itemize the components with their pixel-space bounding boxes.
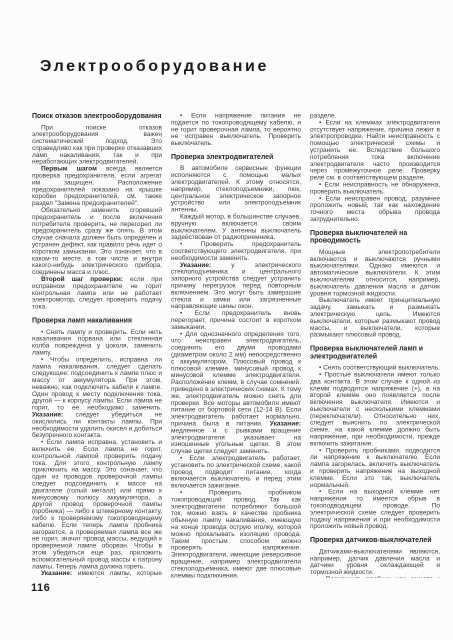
paragraph: Выключатель имеет принципиальную задачу,… bbox=[310, 297, 440, 338]
text-run: Простые выключатели имеют только два кон… bbox=[310, 370, 440, 446]
text-run: Проверка выключателей на проводимость bbox=[310, 228, 407, 244]
section-heading: Проверка выключателей на проводимость bbox=[310, 229, 440, 245]
column-right-content: разделе.• Если на клеммах электродвигате… bbox=[310, 112, 440, 578]
bullet-item: • Если на выходной клемме нет напряжения… bbox=[310, 488, 440, 529]
text-run: Каждый мотор, в большинстве случаев, вру… bbox=[171, 213, 301, 241]
text-run: Подключить пробник или омметр к клеммам … bbox=[310, 575, 440, 578]
paragraph: Обязательно заменить сгоревший предохран… bbox=[32, 207, 162, 276]
text-run: Проверка выключателей ламп и электродвиг… bbox=[310, 344, 423, 360]
paragraph: Второй шаг проверки: если при исправном … bbox=[32, 276, 162, 310]
text-run: Проверить пробником токопроводящий прово… bbox=[171, 488, 301, 578]
bullet-item: • Чтобы определить, исправна ли лампа на… bbox=[32, 356, 162, 439]
column-middle: • Если напряжение питания не подается по… bbox=[171, 112, 301, 578]
paragraph: При поиске отказов электрооборудования в… bbox=[32, 124, 162, 165]
bullet-item: • Проверить пробником токопроводящий про… bbox=[171, 489, 301, 578]
text-run: Обязательно заменить сгоревший предохран… bbox=[32, 206, 162, 276]
text-run: Чтобы определить, исправна ли лампа нака… bbox=[32, 355, 162, 411]
text-run: Проверка датчиков-выключателей bbox=[310, 536, 432, 544]
bullet-item: • Проверить пробниками, подводится ли на… bbox=[310, 447, 440, 488]
text-run: При поиске отказов электрооборудования в… bbox=[32, 123, 162, 165]
text-run: у электрического стеклоподъемника и цент… bbox=[171, 261, 301, 310]
paragraph: Каждый мотор, в большинстве случаев, вру… bbox=[171, 213, 301, 241]
bullet-item: • Снять лампу и проверить. Если нить нак… bbox=[32, 328, 162, 356]
text-run: Если электродвигатель работает, установи… bbox=[171, 454, 301, 489]
text-run: Проверить пробниками, подводится ли напр… bbox=[310, 446, 440, 488]
bullet-item: • Если неисправность не обнаружена, пров… bbox=[310, 181, 440, 195]
bullet-item: • Для однозначного определения того, что… bbox=[171, 330, 301, 454]
section-heading: Проверка ламп накаливания bbox=[32, 317, 162, 325]
text-run: В автомобиле сервисные функции исполняют… bbox=[171, 164, 301, 213]
text-run: Для однозначного определения того, что н… bbox=[171, 330, 301, 427]
text-run: Снять лампу и проверить. Если нить накал… bbox=[32, 328, 162, 356]
text-run: Выключатель имеет принципиальную задачу,… bbox=[310, 296, 440, 338]
bullet-item: • Если предохранитель вновь перегорает, … bbox=[171, 310, 301, 331]
page-number: 116 bbox=[31, 582, 50, 594]
text-run: Проверка ламп накаливания bbox=[32, 316, 132, 324]
column-left: Поиск отказов электрооборудованияПри пои… bbox=[32, 112, 162, 578]
column-left-content: Поиск отказов электрооборудованияПри пои… bbox=[32, 112, 162, 578]
text-run: Если на клеммах электродвигателя отсутст… bbox=[310, 118, 440, 181]
text-run: Если напряжение питания не подается по т… bbox=[171, 112, 301, 147]
text-run: Если неисправность не обнаружена, провер… bbox=[310, 180, 440, 194]
column-middle-content: • Если напряжение питания не подается по… bbox=[171, 112, 301, 578]
section-heading: Проверка датчиков-выключателей bbox=[310, 536, 440, 544]
text-run: Если лампа исправна, установить и включи… bbox=[32, 438, 162, 570]
paragraph: Первым шагом всегда является проверка пр… bbox=[32, 165, 162, 206]
text-run: Поиск отказов электрооборудования bbox=[32, 112, 161, 120]
bullet-item: • Если напряжение питания не подается по… bbox=[171, 112, 301, 146]
bullet-item: • Проверить предохранитель соответствующ… bbox=[171, 241, 301, 262]
text-columns: Поиск отказов электрооборудованияПри пои… bbox=[32, 112, 440, 578]
paragraph: В автомобиле сервисные функции исполняют… bbox=[171, 165, 301, 213]
bullet-item: • Если неисправен провод, разумнее проло… bbox=[310, 195, 440, 223]
text-run: Датчиками-выключателями являются, наприм… bbox=[310, 547, 440, 575]
section-heading: Проверка электродвигателей bbox=[171, 153, 301, 161]
section-heading: Поиск отказов электрооборудования bbox=[32, 112, 162, 120]
page-title: Электрооборудование bbox=[40, 58, 269, 76]
text-run: Мощные электропотребители включаются и в… bbox=[310, 248, 440, 297]
text-run: всегда является проверка предохранителя,… bbox=[32, 165, 162, 207]
bullet-item: • Если электродвигатель работает, устано… bbox=[171, 454, 301, 488]
text-run: медленное и с рывками вращение электродв… bbox=[171, 426, 301, 454]
section-heading: Проверка выключателей ламп и электродвиг… bbox=[310, 345, 440, 361]
paragraph: Указание: у электрического стеклоподъемн… bbox=[171, 261, 301, 309]
paragraph: Указание: имеются лампы, которые соедине… bbox=[32, 570, 162, 578]
bullet-item: • Подключить пробник или омметр к клемма… bbox=[310, 575, 440, 578]
bullet-item: • Если лампа исправна, установить и вклю… bbox=[32, 439, 162, 570]
text-run: Если на выходной клемме нет напряжения т… bbox=[310, 488, 440, 530]
bullet-item: • Если на клеммах электродвигателя отсут… bbox=[310, 119, 440, 181]
scanned-manual-page: Электрооборудование Поиск отказов электр… bbox=[0, 0, 453, 640]
text-run: Если неисправен провод, разумнее проложи… bbox=[310, 194, 440, 222]
bullet-item: • Простые выключатели имеют только два к… bbox=[310, 371, 440, 447]
paragraph: Датчиками-выключателями являются, наприм… bbox=[310, 548, 440, 576]
text-run: Проверка электродвигателей bbox=[171, 152, 273, 160]
column-right: разделе.• Если на клеммах электродвигате… bbox=[310, 112, 440, 578]
paragraph: Мощные электропотребители включаются и в… bbox=[310, 248, 440, 296]
